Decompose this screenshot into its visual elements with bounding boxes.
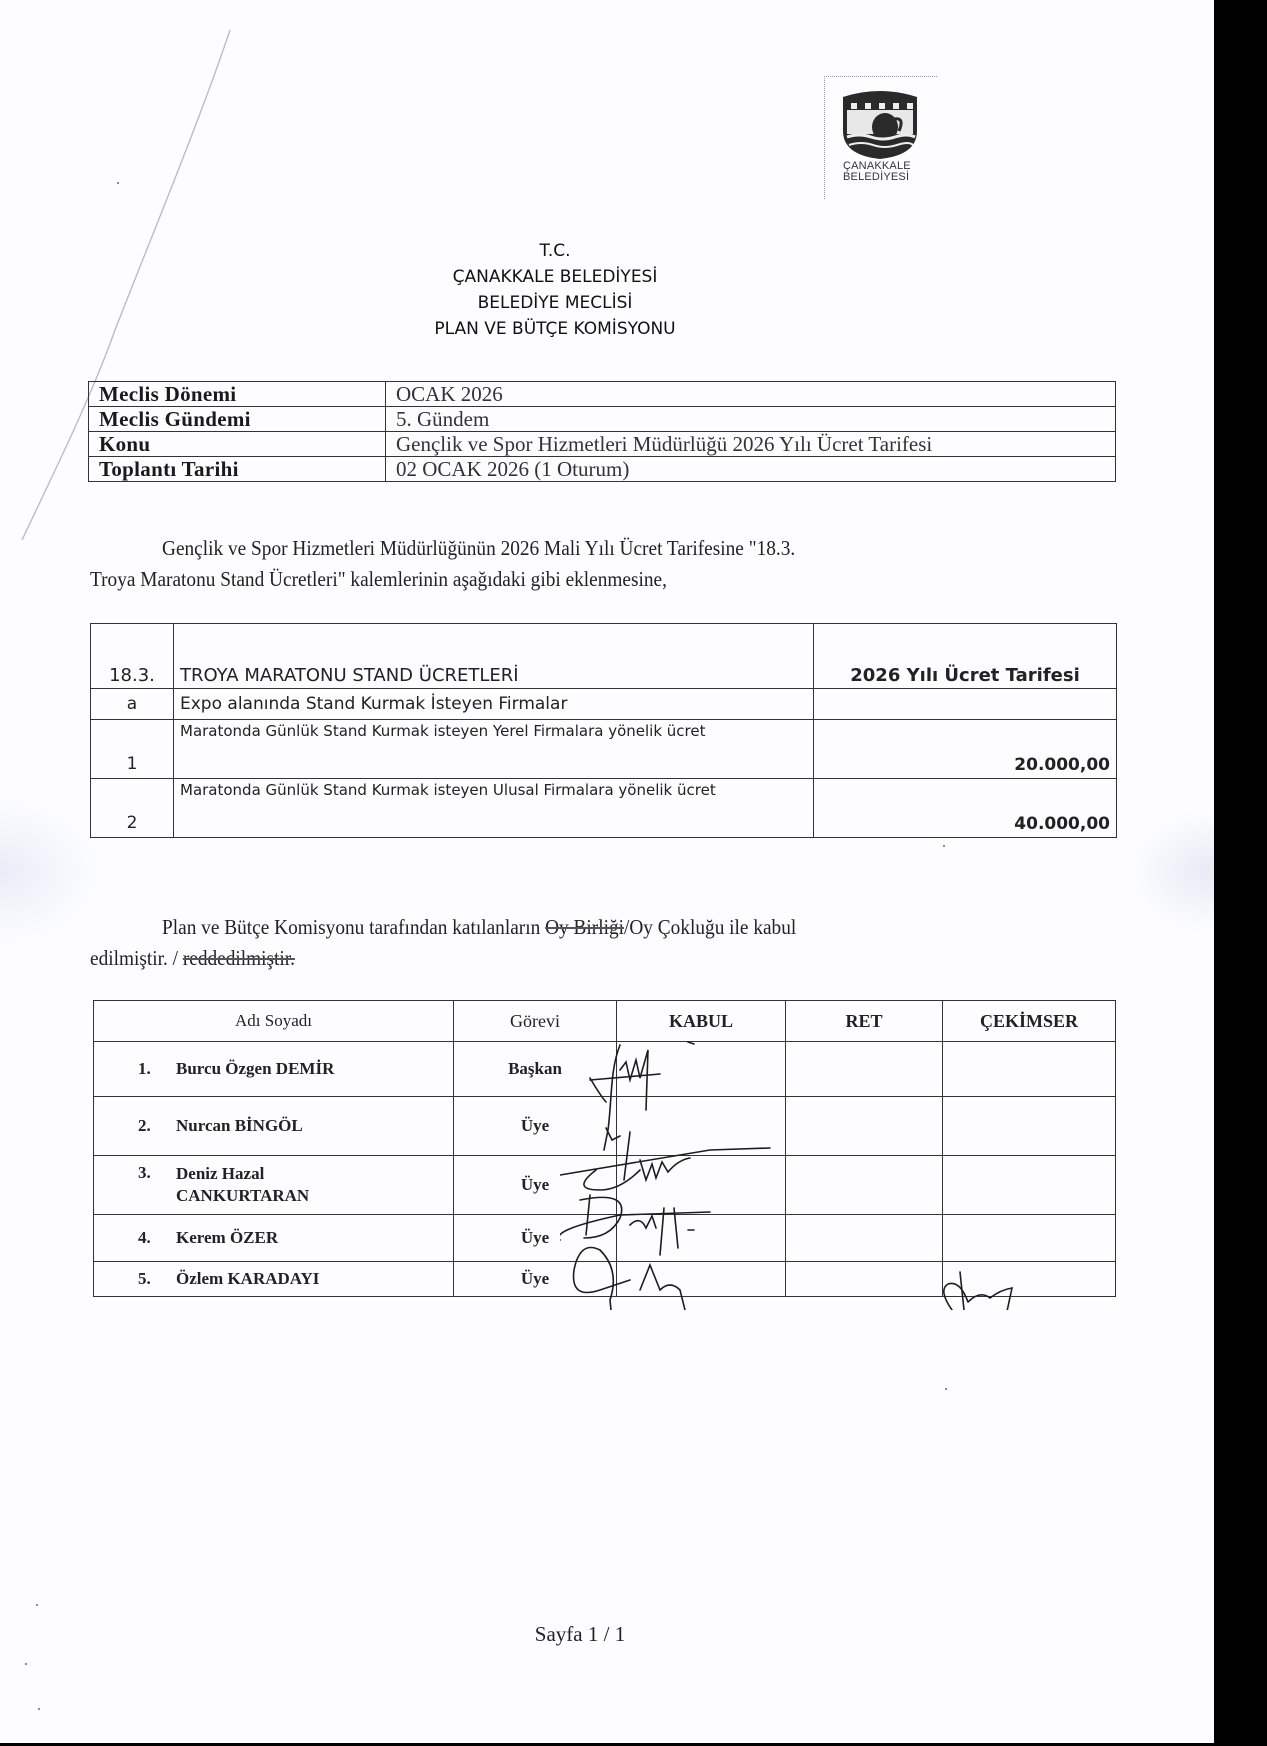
logo-caption: ÇANAKKALE BELEDİYESİ: [843, 161, 911, 183]
scan-speck: [25, 1663, 27, 1665]
scan-speck: [945, 1388, 947, 1390]
info-row: Meclis Dönemi OCAK 2026: [89, 382, 1116, 407]
tariff-row-price: 40.000,00: [814, 779, 1117, 838]
ret-cell: [786, 1156, 943, 1215]
tariff-row: a Expo alanında Stand Kurmak İsteyen Fir…: [91, 689, 1117, 720]
header-line-council: BELEDİYE MECLİSİ: [380, 290, 730, 316]
cekimser-cell: [943, 1262, 1116, 1297]
header-line-commission: PLAN VE BÜTÇE KOMİSYONU: [380, 316, 730, 342]
member-row: 3.Deniz Hazal CANKURTARAN Üye: [94, 1156, 1116, 1215]
header-line-tc: T.C.: [380, 238, 730, 264]
header-ret: RET: [786, 1001, 943, 1042]
ret-cell: [786, 1262, 943, 1297]
tariff-row-no: 2: [91, 779, 174, 838]
tariff-row: 2 Maratonda Günlük Stand Kurmak isteyen …: [91, 779, 1117, 838]
tariff-row-desc: Expo alanında Stand Kurmak İsteyen Firma…: [174, 689, 814, 720]
kabul-cell: [617, 1042, 786, 1097]
scan-speck: [117, 182, 119, 184]
page-number: Sayfa 1 / 1: [480, 1622, 680, 1647]
info-value: 02 OCAK 2026 (1 Oturum): [386, 457, 1116, 482]
member-role: Üye: [454, 1262, 617, 1297]
info-label: Meclis Dönemi: [89, 382, 386, 407]
tariff-code: 18.3.: [91, 624, 174, 689]
tariff-row-desc: Maratonda Günlük Stand Kurmak isteyen Ye…: [174, 720, 814, 779]
tariff-row-price: [814, 689, 1117, 720]
castle-amphora-emblem-icon: [839, 83, 921, 161]
header-line-municipality: ÇANAKKALE BELEDİYESİ: [380, 264, 730, 290]
scan-speck: [943, 845, 945, 847]
decision-line-2: edilmiştir. / reddedilmiştir.: [90, 943, 642, 974]
member-row: 1.Burcu Özgen DEMİR Başkan: [94, 1042, 1116, 1097]
ret-cell: [786, 1042, 943, 1097]
info-row: Toplantı Tarihi 02 OCAK 2026 (1 Oturum): [89, 457, 1116, 482]
info-label: Konu: [89, 432, 386, 457]
member-row: 2.Nurcan BİNGÖL Üye: [94, 1097, 1116, 1156]
member-name: Özlem KARADAYI: [176, 1269, 319, 1289]
municipality-logo: ÇANAKKALE BELEDİYESİ: [824, 76, 937, 199]
member-role: Üye: [454, 1097, 617, 1156]
struck-oy-birligi: Oy Birliği: [545, 915, 624, 939]
decision-line-1: Plan ve Bütçe Komisyonu tarafından katıl…: [162, 912, 1110, 943]
vote-header-row: Adı Soyadı Görevi KABUL RET ÇEKİMSER: [94, 1001, 1116, 1042]
cekimser-cell: [943, 1156, 1116, 1215]
kabul-cell: [617, 1097, 786, 1156]
header-role: Görevi: [454, 1001, 617, 1042]
ret-cell: [786, 1097, 943, 1156]
member-role: Üye: [454, 1156, 617, 1215]
struck-reddedilmistir: reddedilmiştir.: [183, 946, 295, 970]
scan-speck: [36, 1604, 38, 1606]
info-value: OCAK 2026: [386, 382, 1116, 407]
header-cekimser: ÇEKİMSER: [943, 1001, 1116, 1042]
cekimser-cell: [943, 1215, 1116, 1262]
member-row: 5.Özlem KARADAYI Üye: [94, 1262, 1116, 1297]
header-name: Adı Soyadı: [94, 1001, 454, 1042]
info-label: Meclis Gündemi: [89, 407, 386, 432]
cekimser-cell: [943, 1042, 1116, 1097]
cekimser-cell: [943, 1097, 1116, 1156]
member-name: Kerem ÖZER: [176, 1228, 278, 1248]
tariff-row-no: a: [91, 689, 174, 720]
ret-cell: [786, 1215, 943, 1262]
tariff-table: 18.3. TROYA MARATONU STAND ÜCRETLERİ 202…: [90, 623, 1117, 838]
info-value: Gençlik ve Spor Hizmetleri Müdürlüğü 202…: [386, 432, 1116, 457]
meeting-info-table: Meclis Dönemi OCAK 2026 Meclis Gündemi 5…: [88, 381, 1116, 482]
header-kabul: KABUL: [617, 1001, 786, 1042]
tariff-title: TROYA MARATONU STAND ÜCRETLERİ: [174, 624, 814, 689]
tariff-row-price: 20.000,00: [814, 720, 1117, 779]
member-row: 4.Kerem ÖZER Üye: [94, 1215, 1116, 1262]
intro-line-1: Gençlik ve Spor Hizmetleri Müdürlüğünün …: [162, 533, 1110, 564]
info-label: Toplantı Tarihi: [89, 457, 386, 482]
member-role: Üye: [454, 1215, 617, 1262]
kabul-cell: [617, 1215, 786, 1262]
tariff-row: 1 Maratonda Günlük Stand Kurmak isteyen …: [91, 720, 1117, 779]
kabul-cell: [617, 1156, 786, 1215]
tariff-row-no: 1: [91, 720, 174, 779]
tariff-header-row: 18.3. TROYA MARATONU STAND ÜCRETLERİ 202…: [91, 624, 1117, 689]
member-name: Burcu Özgen DEMİR: [176, 1059, 334, 1079]
member-name: Nurcan BİNGÖL: [176, 1116, 303, 1136]
info-row: Konu Gençlik ve Spor Hizmetleri Müdürlüğ…: [89, 432, 1116, 457]
scan-speck: [38, 1708, 40, 1710]
tariff-price-header: 2026 Yılı Ücret Tarifesi: [814, 624, 1117, 689]
info-value: 5. Gündem: [386, 407, 1116, 432]
intro-line-2: Troya Maratonu Stand Ücretleri" kalemler…: [90, 564, 1010, 595]
tariff-row-desc: Maratonda Günlük Stand Kurmak isteyen Ul…: [174, 779, 814, 838]
vote-table: Adı Soyadı Görevi KABUL RET ÇEKİMSER 1.B…: [93, 1000, 1116, 1297]
info-row: Meclis Gündemi 5. Gündem: [89, 407, 1116, 432]
document-header: T.C. ÇANAKKALE BELEDİYESİ BELEDİYE MECLİ…: [380, 238, 730, 342]
kabul-cell: [617, 1262, 786, 1297]
member-name: Deniz Hazal CANKURTARAN: [176, 1163, 356, 1207]
member-role: Başkan: [454, 1042, 617, 1097]
scanned-page: ÇANAKKALE BELEDİYESİ T.C. ÇANAKKALE BELE…: [0, 0, 1214, 1743]
